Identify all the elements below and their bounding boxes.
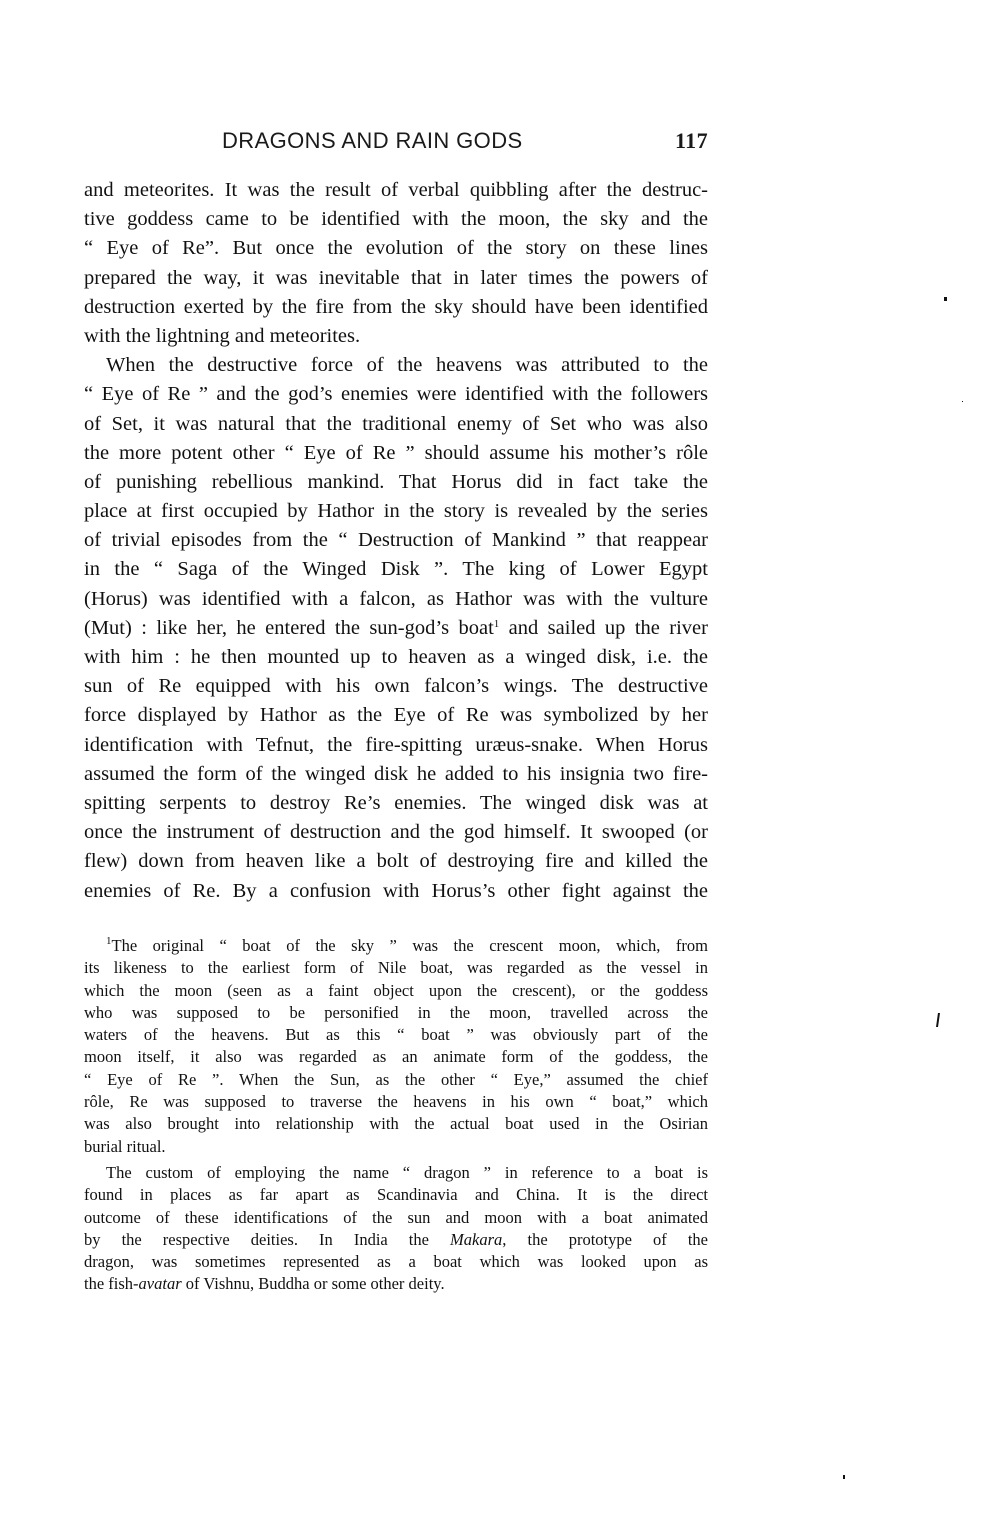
text-line: of Set, it was natural that the traditio…: [84, 410, 708, 439]
page-number: 117: [675, 128, 708, 154]
footnote-line: 1The original “ boat of the sky ” was th…: [84, 935, 708, 957]
scan-speck: [962, 401, 963, 402]
footnote-line: “ Eye of Re ”. When the Sun, as the othe…: [84, 1069, 708, 1091]
italic-term-avatar: avatar: [139, 1274, 182, 1293]
text-line: prepared the way, it was inevitable that…: [84, 264, 708, 293]
footnote-line: its likeness to the earliest form of Nil…: [84, 957, 708, 979]
text-fragment: (Mut) : like her, he entered the sun-god…: [84, 617, 494, 639]
footnote-line: burial ritual.: [84, 1136, 708, 1158]
text-line: of punishing rebellious mankind. That Ho…: [84, 468, 708, 497]
footnotes: 1The original “ boat of the sky ” was th…: [84, 935, 708, 1296]
text-line: of trivial episodes from the “ Destructi…: [84, 526, 708, 555]
text-line: the more potent other “ Eye of Re ” shou…: [84, 439, 708, 468]
text-line: destruction exerted by the fire from the…: [84, 293, 708, 322]
running-head: DRAGONS AND RAIN GODS 117: [222, 126, 708, 160]
text-line: sun of Re equipped with his own falcon’s…: [84, 672, 708, 701]
text-fragment: The original “ boat of the sky ” was the…: [112, 936, 709, 955]
italic-term-makara: Makara: [450, 1230, 502, 1249]
footnote-line: dragon, was sometimes represented as a b…: [84, 1251, 708, 1273]
running-title: DRAGONS AND RAIN GODS: [222, 128, 523, 154]
text-line: with the lightning and meteorites.: [84, 322, 708, 351]
text-line: tive goddess came to be identified with …: [84, 205, 708, 234]
text-line: assumed the form of the winged disk he a…: [84, 760, 708, 789]
text-fragment: , the prototype of the: [502, 1230, 708, 1249]
text-fragment: and sailed up the river: [499, 617, 708, 639]
text-fragment: the fish-: [84, 1274, 139, 1293]
footnote-line: rôle, Re was supposed to traverse the he…: [84, 1091, 708, 1113]
text-line: force displayed by Hathor as the Eye of …: [84, 701, 708, 730]
footnote-line: who was supposed to be personified in th…: [84, 1002, 708, 1024]
text-line-with-footnote-ref: (Mut) : like her, he entered the sun-god…: [84, 614, 708, 643]
footnote-line: by the respective deities. In India the …: [84, 1229, 708, 1251]
scan-speck: [944, 297, 947, 301]
book-page: DRAGONS AND RAIN GODS 117 and meteorites…: [0, 0, 991, 1525]
text-fragment: of Vishnu, Buddha or some other deity.: [182, 1274, 445, 1293]
footnote-line: moon itself, it also was regarded as an …: [84, 1046, 708, 1068]
scan-speck: [936, 1013, 940, 1027]
text-line: place at first occupied by Hathor in the…: [84, 497, 708, 526]
scan-speck: [843, 1475, 845, 1479]
text-line: enemies of Re. By a confusion with Horus…: [84, 877, 708, 906]
footnote-line: which the moon (seen as a faint object u…: [84, 980, 708, 1002]
text-line: once the instrument of destruction and t…: [84, 818, 708, 847]
text-line: with him : he then mounted up to heaven …: [84, 643, 708, 672]
footnote-line: waters of the heavens. But as this “ boa…: [84, 1024, 708, 1046]
main-text: and meteorites. It was the result of ver…: [84, 176, 708, 906]
footnote-paragraph-start: The custom of employing the name “ drago…: [84, 1162, 708, 1184]
text-line: spitting serpents to destroy Re’s enemie…: [84, 789, 708, 818]
text-line: “ Eye of Re ” and the god’s enemies were…: [84, 380, 708, 409]
text-line: (Horus) was identified with a falcon, as…: [84, 585, 708, 614]
text-fragment: by the respective deities. In India the: [84, 1230, 450, 1249]
paragraph-start: When the destructive force of the heaven…: [84, 351, 708, 380]
footnote-line: outcome of these identifications of the …: [84, 1207, 708, 1229]
footnote-line: found in places as far apart as Scandina…: [84, 1184, 708, 1206]
text-line: and meteorites. It was the result of ver…: [84, 176, 708, 205]
text-line: flew) down from heaven like a bolt of de…: [84, 847, 708, 876]
text-line: “ Eye of Re”. But once the evolution of …: [84, 234, 708, 263]
text-line: identification with Tefnut, the fire-spi…: [84, 731, 708, 760]
footnote-line: was also brought into relationship with …: [84, 1113, 708, 1135]
footnote-line: the fish-avatar of Vishnu, Buddha or som…: [84, 1273, 708, 1295]
text-line: in the “ Saga of the Winged Disk ”. The …: [84, 555, 708, 584]
